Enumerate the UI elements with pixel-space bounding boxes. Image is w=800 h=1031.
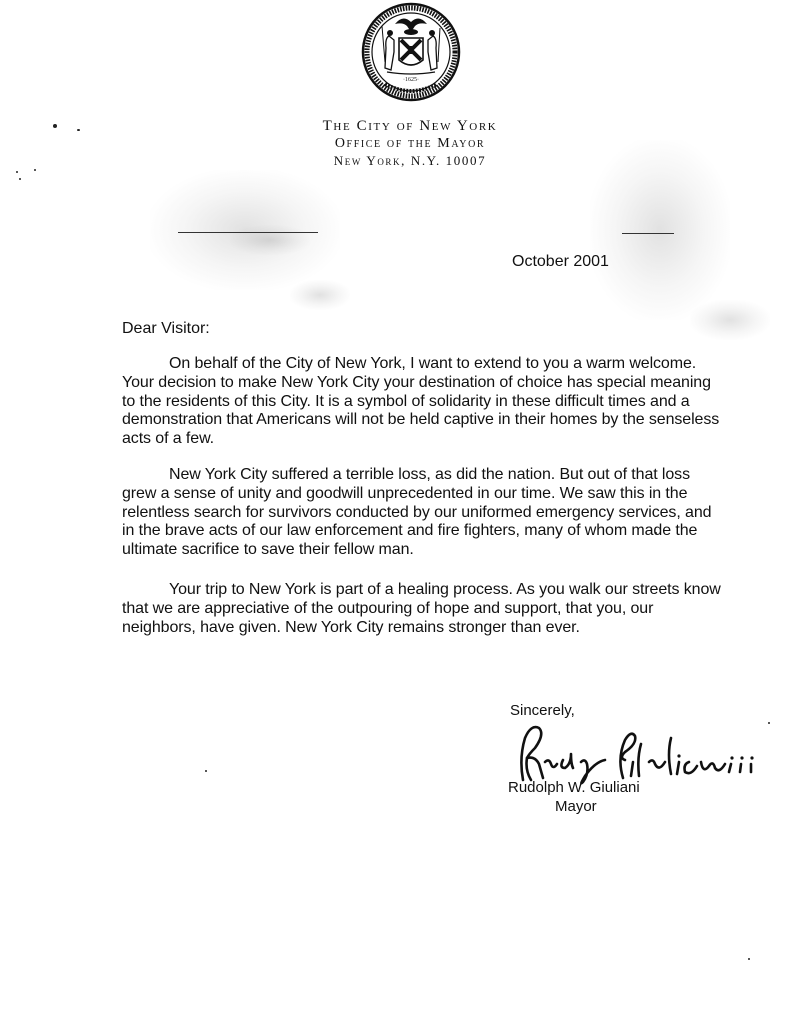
signer-title: Mayor (555, 798, 597, 815)
city-seal-icon: ·1625· (361, 2, 461, 102)
scan-speck (53, 124, 57, 128)
letterhead-office: Office of the Mayor (250, 135, 570, 152)
scan-line (178, 232, 318, 233)
body-paragraph: Your trip to New York is part of a heali… (122, 581, 722, 637)
scan-speck (77, 129, 80, 131)
scan-smudge (230, 225, 310, 255)
scan-line (622, 233, 674, 234)
closing: Sincerely, (510, 702, 575, 719)
letter-page: ·1625· The City of New York Office of th… (0, 0, 800, 1031)
svg-text:·1625·: ·1625· (403, 77, 419, 83)
signer-name: Rudolph W. Giuliani (508, 779, 640, 796)
scan-smudge (290, 280, 350, 310)
handwritten-signature-icon (505, 718, 765, 788)
scan-smudge (590, 140, 730, 320)
body-paragraph: New York City suffered a terrible loss, … (122, 466, 722, 560)
scan-speck (34, 169, 36, 171)
scan-speck (768, 722, 770, 724)
letterhead: The City of New York Office of the Mayor… (250, 118, 570, 169)
letter-date: October 2001 (512, 253, 609, 271)
scan-speck (19, 178, 21, 180)
scan-speck (16, 171, 18, 173)
letterhead-address: New York, N.Y. 10007 (250, 152, 570, 169)
scan-speck (205, 770, 207, 772)
scan-smudge (690, 300, 770, 340)
salutation: Dear Visitor: (122, 320, 210, 338)
body-paragraph: On behalf of the City of New York, I wan… (122, 355, 722, 449)
letterhead-city: The City of New York (250, 118, 570, 135)
scan-speck (748, 958, 750, 960)
